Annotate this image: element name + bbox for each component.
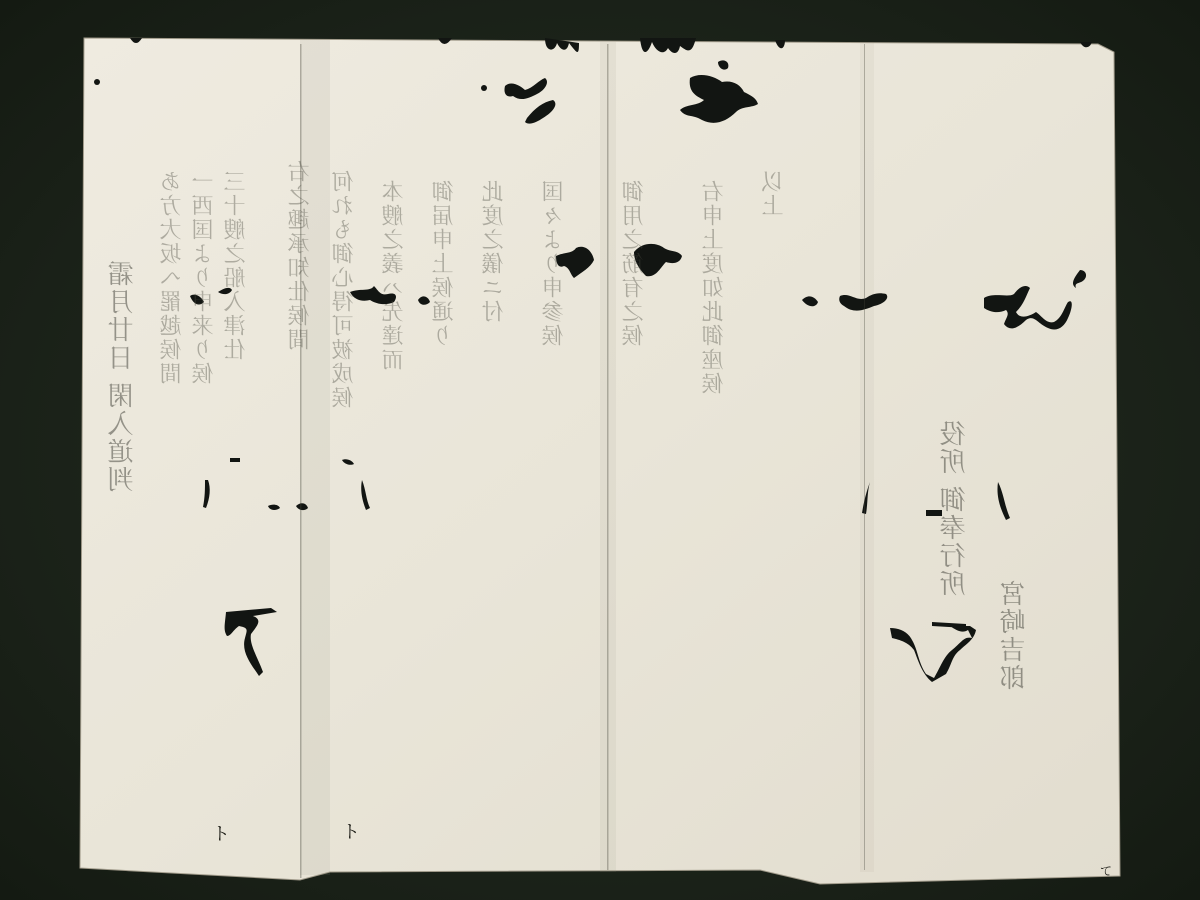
text-column: 此度之儀ニ付 <box>480 180 510 740</box>
right-address: 役所 御奉行所 <box>940 420 970 598</box>
text-column: 三十艘之船入津仕 <box>222 170 252 730</box>
text-column: 一西国より申来り候 <box>190 170 220 730</box>
text-column: 御用之筋有之候 <box>620 180 650 740</box>
text-column: 国々より申参候 <box>540 180 570 740</box>
corner-mark: て <box>1100 862 1112 879</box>
text-column: 本艘之義ハ先達而 <box>380 180 410 740</box>
text-column: 右申上度如此御座候 <box>700 180 730 740</box>
text-column: 何れも御心得可被成候 <box>330 170 360 730</box>
text-column: 右之趣承知仕候間 <box>286 160 316 720</box>
margin-mark: ト <box>212 820 230 846</box>
text-column: あ方大坂へ罷越候間 <box>158 170 188 730</box>
text-column: 御届申上候通り <box>430 180 460 740</box>
margin-mark: ト <box>342 818 360 844</box>
right-signature: 宮崎吉郎 <box>1000 580 1030 692</box>
left-signature: 霜月廿日 閑入道判 <box>108 260 138 494</box>
text-column: 以上 <box>760 170 790 730</box>
